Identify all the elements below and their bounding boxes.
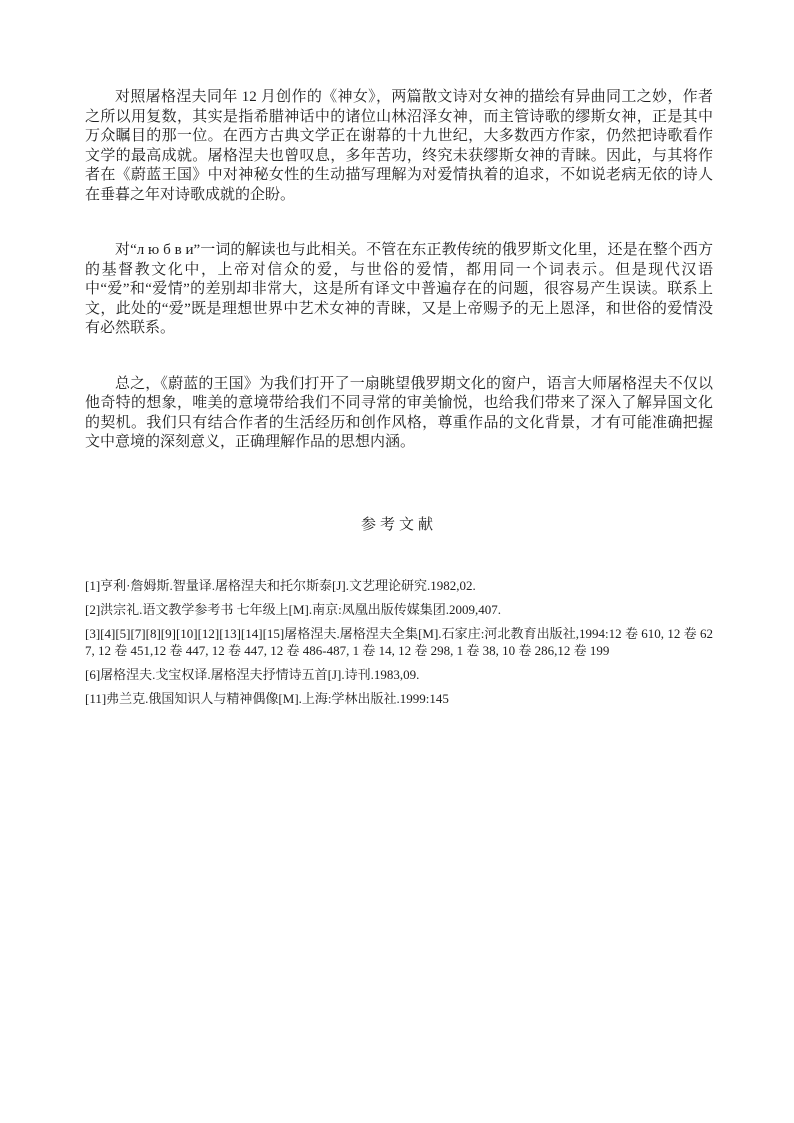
references-heading: 参考文献	[85, 515, 713, 535]
reference-item-3: [3][4][5][7][8][9][10][12][13][14][15]屠格…	[85, 625, 713, 659]
reference-item-2: [2]洪宗礼.语文教学参考书 七年级上[M].南京:凤凰出版传媒集团.2009,…	[85, 601, 713, 618]
reference-item-1: [1]亨利·詹姆斯.智量译.屠格涅夫和托尔斯泰[J].文艺理论研究.1982,0…	[85, 577, 713, 594]
document-content: 对照屠格涅夫同年 12 月创作的《神女》，两篇散文诗对女神的描绘有异曲同工之妙，…	[85, 88, 713, 714]
body-paragraph-1: 对照屠格涅夫同年 12 月创作的《神女》，两篇散文诗对女神的描绘有异曲同工之妙，…	[85, 88, 713, 205]
document-page: 对照屠格涅夫同年 12 月创作的《神女》，两篇散文诗对女神的描绘有异曲同工之妙，…	[0, 0, 794, 1123]
body-paragraph-2: 对“л ю б в и”一词的解读也与此相关。不管在东正教传统的俄罗斯文化里，还…	[85, 241, 713, 339]
references-list: [1]亨利·詹姆斯.智量译.屠格涅夫和托尔斯泰[J].文艺理论研究.1982,0…	[85, 577, 713, 707]
reference-item-5: [11]弗兰克.俄国知识人与精神偶像[M].上海:学林出版社.1999:145	[85, 690, 713, 707]
reference-item-4: [6]屠格涅夫.戈宝权译.屠格涅夫抒情诗五首[J].诗刊.1983,09.	[85, 666, 713, 683]
body-paragraph-3: 总之，《蔚蓝的王国》为我们打开了一扇眺望俄罗期文化的窗户，语言大师屠格涅夫不仅以…	[85, 375, 713, 453]
